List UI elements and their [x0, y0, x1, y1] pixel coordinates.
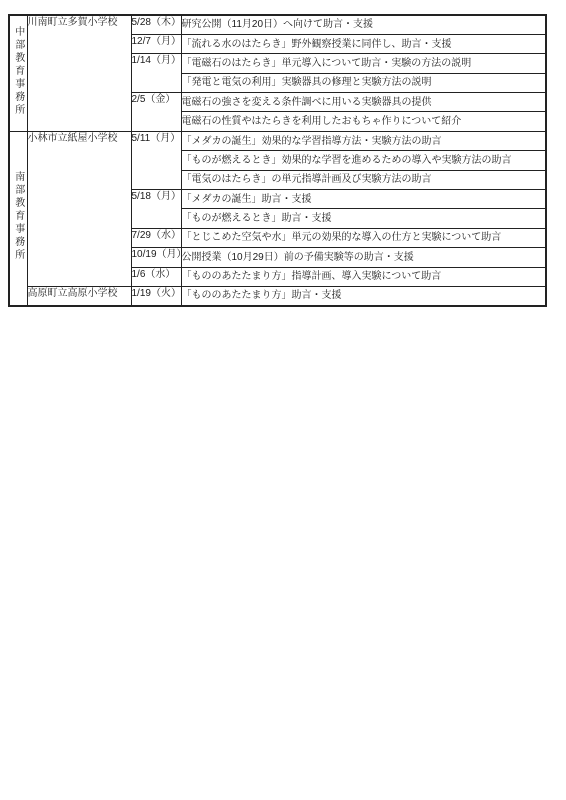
date-cell: 1/6（水） — [131, 267, 181, 286]
table-row: 中部教育事務所 川南町立多賀小学校 5/28（木）～ 研究公開（11月20日）へ… — [9, 15, 546, 34]
office-cell-nanbu: 南部教育事務所 — [9, 131, 27, 306]
table-row: 南部教育事務所 小林市立紙屋小学校 5/11（月） 「メダカの誕生」効果的な学習… — [9, 131, 546, 150]
school-cell-takaharu: 高原町立高原小学校 — [27, 286, 131, 305]
activity-cell: 「メダカの誕生」助言・支援 — [181, 190, 546, 209]
activity-cell: 「電気のはたらき」の単元指導計画及び実験方法の助言 — [181, 170, 546, 189]
activity-cell: 電磁石の性質やはたらきを利用したおもちゃ作りについて紹介 — [181, 112, 546, 131]
date-cell: 5/11（月） — [131, 131, 181, 189]
table-row: 高原町立高原小学校 1/19（火） 「もののあたたまり方」助言・支援 — [9, 286, 546, 305]
office-cell-chubu: 中部教育事務所 — [9, 15, 27, 131]
document-page: 中部教育事務所 川南町立多賀小学校 5/28（木）～ 研究公開（11月20日）へ… — [0, 0, 566, 800]
office-name: 中部教育事務所 — [12, 26, 25, 117]
activity-cell: 「電磁石のはたらき」単元導入について助言・実験の方法の説明 — [181, 54, 546, 73]
support-activities-table: 中部教育事務所 川南町立多賀小学校 5/28（木）～ 研究公開（11月20日）へ… — [8, 14, 547, 307]
date-cell: 5/28（木）～ — [131, 15, 181, 34]
office-name: 南部教育事務所 — [12, 171, 25, 262]
date-cell: 5/18（月） — [131, 190, 181, 229]
activity-cell: 「もののあたたまり方」指導計画、導入実験について助言 — [181, 267, 546, 286]
activity-cell: 「メダカの誕生」効果的な学習指導方法・実験方法の助言 — [181, 131, 546, 150]
date-cell: 7/29（水） — [131, 228, 181, 247]
activity-cell: 研究公開（11月20日）へ向けて助言・支援 — [181, 15, 546, 34]
activity-cell: 「流れる水のはたらき」野外観察授業に同伴し、助言・支援 — [181, 34, 546, 53]
activity-cell: 「ものが燃えるとき」効果的な学習を進めるための導入や実験方法の助言 — [181, 151, 546, 170]
activity-cell: 電磁石の強さを変える条件調べに用いる実験器具の提供 — [181, 93, 546, 112]
date-cell: 2/5（金） — [131, 93, 181, 132]
date-cell: 12/7（月） — [131, 34, 181, 53]
date-cell: 10/19（月） — [131, 248, 181, 267]
school-cell-kamiya: 小林市立紙屋小学校 — [27, 131, 131, 286]
activity-cell: 「とじこめた空気や水」単元の効果的な導入の仕方と実験について助言 — [181, 228, 546, 247]
activity-cell: 公開授業（10月29日）前の予備実験等の助言・支援 — [181, 248, 546, 267]
date-cell: 1/19（火） — [131, 286, 181, 305]
activity-cell: 「発電と電気の利用」実験器具の修理と実験方法の説明 — [181, 73, 546, 92]
activity-cell: 「ものが燃えるとき」助言・支援 — [181, 209, 546, 228]
school-cell-taga: 川南町立多賀小学校 — [27, 15, 131, 131]
activity-cell: 「もののあたたまり方」助言・支援 — [181, 286, 546, 305]
date-cell: 1/14（月） — [131, 54, 181, 93]
